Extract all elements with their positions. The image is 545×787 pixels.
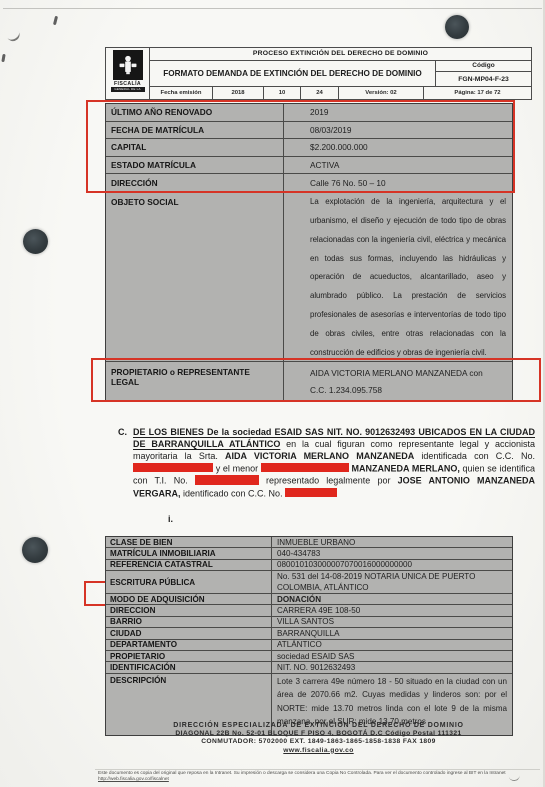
version-label: Versión: 02 — [339, 87, 424, 99]
scanned-document-page: FISCALÍA GENERAL DE LA NACIÓN PROCESO EX… — [0, 0, 545, 787]
row-label: BARRIO — [106, 617, 272, 627]
table-row: IDENTIFICACIÓN NIT. NO. 9012632493 — [106, 662, 512, 673]
table-row: ESCRITURA PÚBLICA No. 531 del 14-08-2019… — [106, 571, 512, 594]
issue-month: 10 — [264, 87, 301, 99]
redaction-bar — [285, 488, 337, 498]
row-label: ESCRITURA PÚBLICA — [106, 571, 272, 593]
form-header: FISCALÍA GENERAL DE LA NACIÓN PROCESO EX… — [105, 47, 532, 100]
table-row: MATRÍCULA INMOBILIARIA 040-434783 — [106, 548, 512, 559]
row-label: MATRÍCULA INMOBILIARIA — [106, 548, 272, 558]
code-cell: Código FGN-MP04-F-23 — [435, 61, 531, 86]
table-row: MODO DE ADQUISICIÓN DONACIÓN — [106, 594, 512, 605]
row-label: MODO DE ADQUISICIÓN — [106, 594, 272, 604]
row-label: REFERENCIA CATASTRAL — [106, 560, 272, 570]
body-text: representado legalmente por — [259, 476, 398, 486]
issue-day: 24 — [301, 87, 339, 99]
hole-punch — [22, 537, 48, 563]
table-row: BARRIO VILLA SANTOS — [106, 617, 512, 628]
property-data-table: CLASE DE BIEN INMUEBLE URBANO MATRÍCULA … — [105, 536, 513, 736]
hole-punch — [445, 15, 469, 39]
row-value: No. 531 del 14-08-2019 NOTARIA UNICA DE … — [272, 571, 512, 593]
pen-mark — [5, 28, 22, 44]
fiscalia-figure-icon — [116, 53, 140, 77]
code-label: Código — [436, 61, 531, 72]
footer-office-name: DIRECCIÓN ESPECIALIZADA DE EXTINCIÓN DEL… — [105, 722, 532, 730]
row-value: DONACIÓN — [272, 594, 512, 604]
section-c-text: DE LOS BIENES De la sociedad ESAID SAS N… — [133, 427, 535, 500]
logo-subtext: GENERAL DE LA NACIÓN — [111, 87, 145, 92]
fiscalia-logo-icon — [113, 50, 143, 80]
pen-mark — [53, 16, 58, 25]
row-value: CARRERA 49E 108-50 — [272, 605, 512, 615]
highlight-box-owner-row — [91, 358, 541, 402]
row-label: OBJETO SOCIAL — [106, 192, 284, 361]
person-name: AIDA VICTORIA MERLANO MANZANEDA — [225, 451, 414, 461]
row-value: BARRANQUILLA — [272, 628, 512, 638]
row-label: CIUDAD — [106, 628, 272, 638]
table-row: DEPARTAMENTO ATLÁNTICO — [106, 640, 512, 651]
table-row: CIUDAD BARRANQUILLA — [106, 628, 512, 639]
row-value: VILLA SANTOS — [272, 617, 512, 627]
process-title: PROCESO EXTINCIÓN DEL DERECHO DE DOMINIO — [150, 48, 531, 61]
footer-address: DIAGONAL 22B No. 52-01 BLOQUE F PISO 4, … — [105, 730, 532, 738]
body-text: y el menor — [213, 463, 261, 473]
header-right: PROCESO EXTINCIÓN DEL DERECHO DE DOMINIO… — [150, 48, 531, 99]
fine-print-rule — [95, 769, 540, 770]
header-meta-row: Fecha emisión 2018 10 24 Versión: 02 Pág… — [150, 86, 531, 99]
row-value: INMUEBLE URBANO — [272, 537, 512, 547]
redaction-bar — [261, 463, 349, 473]
row-value: 040-434783 — [272, 548, 512, 558]
highlight-box-company-rows — [86, 100, 515, 193]
row-label: IDENTIFICACIÓN — [106, 662, 272, 672]
footer-phone: CONMUTADOR: 5702000 EXT. 1849-1863-1865-… — [105, 738, 532, 746]
table-row: DIRECCION CARRERA 49E 108-50 — [106, 605, 512, 616]
issue-date-label: Fecha emisión — [150, 87, 213, 99]
subsection-marker: i. — [168, 514, 173, 524]
code-value: FGN-MP04-F-23 — [436, 72, 531, 86]
pen-mark — [1, 54, 5, 62]
fine-print-line: Este documento es copia del original que… — [98, 771, 538, 777]
row-value: sociedad ESAID SAS — [272, 651, 512, 661]
section-marker: C. — [118, 427, 127, 439]
body-text: identificada con C.C. No. — [414, 451, 535, 461]
row-label: DIRECCION — [106, 605, 272, 615]
hole-punch — [23, 229, 48, 254]
table-row: OBJETO SOCIAL La explotación de la ingen… — [106, 192, 512, 362]
scanner-edge-line — [3, 8, 542, 9]
footer-website-link: www.fiscalia.gov.co — [105, 747, 532, 755]
issue-year: 2018 — [213, 87, 264, 99]
section-c-paragraph: C. DE LOS BIENES De la sociedad ESAID SA… — [118, 427, 535, 500]
row-value: NIT. NO. 9012632493 — [272, 662, 512, 672]
person-name: MANZANEDA MERLANO, — [351, 463, 459, 473]
table-row: PROPIETARIO sociedad ESAID SAS — [106, 651, 512, 662]
row-value: 080010103000007070016000000000 — [272, 560, 512, 570]
redaction-bar — [195, 475, 259, 485]
fine-print-url: http://web.fiscalia.gov.co/fiscalnet — [98, 777, 538, 783]
row-label: PROPIETARIO — [106, 651, 272, 661]
table-row: REFERENCIA CATASTRAL 0800101030000070700… — [106, 560, 512, 571]
fine-print: Este documento es copia del original que… — [98, 771, 538, 782]
logo-cell: FISCALÍA GENERAL DE LA NACIÓN — [106, 48, 150, 99]
row-label: CLASE DE BIEN — [106, 537, 272, 547]
row-value: ATLÁNTICO — [272, 640, 512, 650]
footer-block: DIRECCIÓN ESPECIALIZADA DE EXTINCIÓN DEL… — [105, 722, 532, 755]
body-text: identificado con C.C. No. — [181, 488, 286, 498]
row-value: La explotación de la ingeniería, arquite… — [284, 192, 512, 361]
row-label: DEPARTAMENTO — [106, 640, 272, 650]
page-number-label: Página: 17 de 72 — [424, 87, 531, 99]
form-title: FORMATO DEMANDA DE EXTINCIÓN DEL DERECHO… — [150, 61, 435, 86]
redaction-bar — [133, 463, 213, 473]
table-row: CLASE DE BIEN INMUEBLE URBANO — [106, 537, 512, 548]
